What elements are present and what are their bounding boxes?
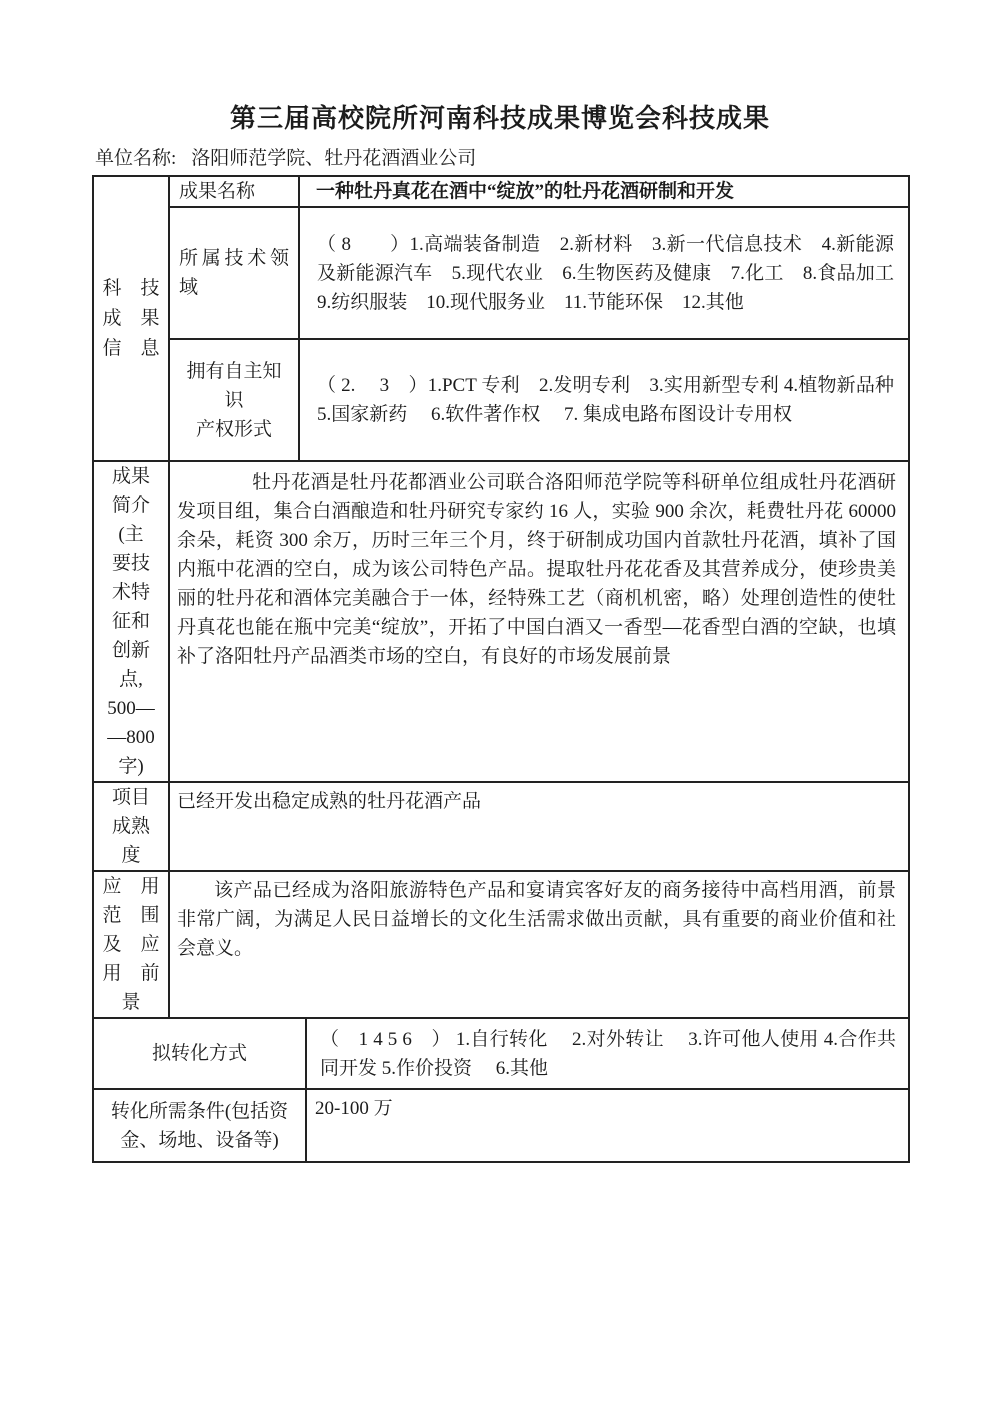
summary-label-line-3: (主 [97,520,165,549]
group-label-line-3: 信 息 [94,334,168,364]
value-tech-field: （ 8 ）1.高端装备制造 2.新材料 3.新一代信息技术 4.新能源及新能源汽… [299,207,909,339]
cell-group-tech-info: 科 技 成 果 信 息 [93,176,169,461]
summary-label-line-11: 字) [97,752,165,781]
application-paragraph: 该产品已经成为洛阳旅游特色产品和宴请宾客好友的商务接待中高档用酒，前景非常广阔，… [177,876,896,963]
summary-label-line-10: —800 [97,723,165,752]
maturity-label-line-3: 度 [97,841,165,870]
summary-label-line-6: 征和 [97,607,165,636]
cell-application-text: 该产品已经成为洛阳旅游特色产品和宴请宾客好友的商务接待中高档用酒，前景非常广阔，… [169,871,909,1018]
summary-label-line-4: 要技 [97,549,165,578]
group-label-line-1: 科 技 [94,274,168,304]
org-name-line: 单位名称:洛阳师范学院、牡丹花酒酒业公司 [95,146,476,172]
value-achievement-name: 一种牡丹真花在酒中“绽放”的牡丹花酒研制和开发 [299,176,909,207]
summary-label-line-8: 点, [97,665,165,694]
label-transform-condition: 转化所需条件(包括资金、场地、设备等) [93,1089,306,1162]
org-name-value: 洛阳师范学院、牡丹花酒酒业公司 [191,148,476,169]
label-application: 应 用 范 围 及 应 用 前 景 [93,871,169,1018]
row-maturity: 项目 成熟 度 已经开发出稳定成熟的牡丹花酒产品 [93,782,909,871]
document-page: 第三届高校院所河南科技成果博览会科技成果 单位名称:洛阳师范学院、牡丹花酒酒业公… [0,0,1000,1414]
org-name-label: 单位名称: [95,148,176,169]
row-achievement-name: 科 技 成 果 信 息 成果名称 一种牡丹真花在酒中“绽放”的牡丹花酒研制和开发 [93,176,909,207]
group-label-line-2: 成 果 [94,304,168,334]
summary-label-line-5: 术特 [97,578,165,607]
achievement-form-table: 科 技 成 果 信 息 成果名称 一种牡丹真花在酒中“绽放”的牡丹花酒研制和开发… [92,175,910,1163]
application-label-line-1: 应 用 [97,872,165,901]
ipr-label-line-3: 产权形式 [174,415,294,444]
value-transform-condition: 20-100 万 [306,1089,909,1162]
value-transform-mode: （ 1 4 5 6 ） 1.自行转化 2.对外转让 3.许可他人使用 4.合作共… [306,1018,909,1089]
summary-label-line-1: 成果 [97,462,165,491]
value-maturity: 已经开发出稳定成熟的牡丹花酒产品 [169,782,909,871]
application-label-line-4: 用 前 [97,959,165,988]
application-label-line-3: 及 应 [97,930,165,959]
label-achievement-name: 成果名称 [169,176,299,207]
label-summary: 成果 简介 (主 要技 术特 征和 创新 点, 500— —800 字) [93,461,169,782]
summary-label-line-7: 创新 [97,636,165,665]
row-ipr-form: 拥有自主知 识 产权形式 （ 2. 3 ）1.PCT 专利 2.发明专利 3.实… [93,339,909,461]
label-maturity: 项目 成熟 度 [93,782,169,871]
label-transform-mode: 拟转化方式 [93,1018,306,1089]
row-application: 应 用 范 围 及 应 用 前 景 该产品已经成为洛阳旅游特色产品和宴请宾客好友… [93,871,909,1018]
row-transform-condition: 转化所需条件(包括资金、场地、设备等) 20-100 万 [93,1089,909,1162]
ipr-label-line-1: 拥有自主知 [174,357,294,386]
value-ipr-form: （ 2. 3 ）1.PCT 专利 2.发明专利 3.实用新型专利 4.植物新品种… [299,339,909,461]
summary-paragraph: 牡丹花酒是牡丹花都酒业公司联合洛阳师范学院等科研单位组成牡丹花酒研发项目组，集合… [177,468,896,671]
maturity-label-line-2: 成熟 [97,812,165,841]
ipr-label-line-2: 识 [174,386,294,415]
application-label-line-2: 范 围 [97,901,165,930]
row-summary: 成果 简介 (主 要技 术特 征和 创新 点, 500— —800 字) 牡丹花… [93,461,909,782]
summary-label-line-9: 500— [97,694,165,723]
maturity-label-line-1: 项目 [97,783,165,812]
summary-label-line-2: 简介 [97,491,165,520]
cell-summary-text: 牡丹花酒是牡丹花都酒业公司联合洛阳师范学院等科研单位组成牡丹花酒研发项目组，集合… [169,461,909,782]
row-tech-field: 所属技术领域 （ 8 ）1.高端装备制造 2.新材料 3.新一代信息技术 4.新… [93,207,909,339]
label-tech-field: 所属技术领域 [169,207,299,339]
application-label-line-5: 景 [97,988,165,1017]
label-ipr-form: 拥有自主知 识 产权形式 [169,339,299,461]
page-title: 第三届高校院所河南科技成果博览会科技成果 [0,101,1000,137]
row-transform-mode: 拟转化方式 （ 1 4 5 6 ） 1.自行转化 2.对外转让 3.许可他人使用… [93,1018,909,1089]
